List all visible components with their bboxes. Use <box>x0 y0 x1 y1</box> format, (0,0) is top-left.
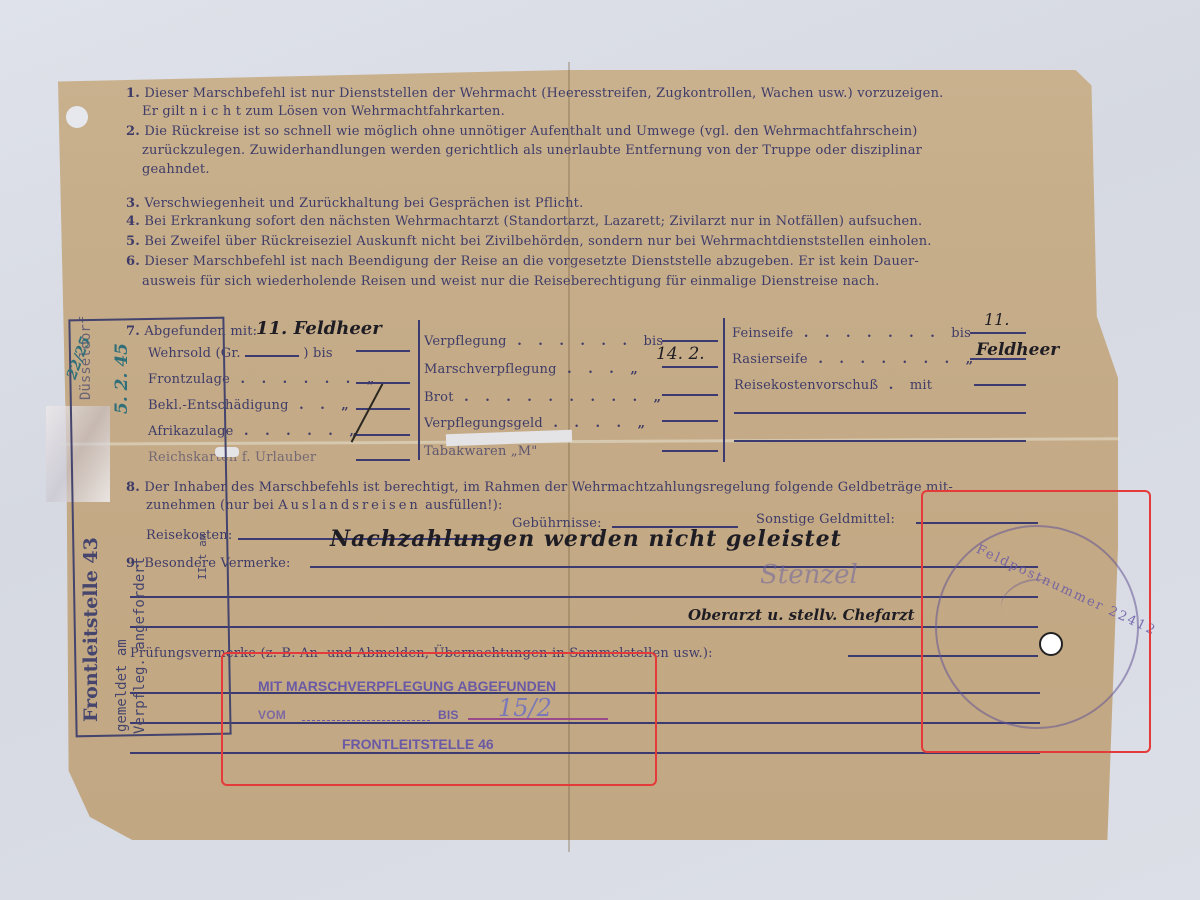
handwritten-abgefunden: 11. Feldheer <box>256 318 382 339</box>
instruction-1-line-2: Er gilt n i c h t zum Lösen von Wehrmach… <box>142 104 505 119</box>
field-reisekostenvorschuss: Reisekostenvorschuß . mit <box>734 378 932 393</box>
instruction-2: 2. Die Rückreise ist so schnell wie mögl… <box>126 124 918 139</box>
stamp-gemeldet: gemeldet am <box>114 639 130 732</box>
verpflegungsgeld-line <box>662 420 718 422</box>
handwritten-stamp-date-2: 5. 2. 45 <box>112 343 132 414</box>
field-brot: Brot . . . . . . . . . „ <box>424 390 667 405</box>
section-8-line-1: 8. Der Inhaber des Marschbefehls ist ber… <box>126 480 953 495</box>
instruction-4: 4. Bei Erkrankung sofort den nächsten We… <box>126 214 922 229</box>
handwritten-signature-title: Oberarzt u. stellv. Chefarzt <box>688 606 915 624</box>
signature-stamp: Stenzel <box>760 560 858 590</box>
reisekostenvorschuss-line <box>974 384 1026 386</box>
marschverpflegung-line <box>662 366 718 368</box>
stamp-line-c: II t am <box>196 534 209 580</box>
vermerke-line-2 <box>130 596 1038 598</box>
col3-blank-line-1 <box>734 412 1026 414</box>
instruction-2-line-2: zurückzulegen. Zuwiderhandlungen werden … <box>142 143 922 158</box>
brot-line <box>662 394 718 396</box>
handwritten-marschverpflegung-date: 14. 2. <box>656 344 705 364</box>
stamp-verpfleg: Verpfleg. angefordert <box>132 557 148 734</box>
instruction-3: 3. Verschwiegenheit und Zurückhaltung be… <box>126 196 583 211</box>
instruction-6-line-2: ausweis für sich wiederholende Reisen un… <box>142 274 879 289</box>
field-verpflegungsgeld: Verpflegungsgeld . . . . „ <box>424 416 651 431</box>
handwritten-vermerk: Nachzahlungen werden nicht geleistet <box>330 526 842 552</box>
column-divider-1 <box>418 320 420 460</box>
col3-blank-line-2 <box>734 440 1026 442</box>
reichskarten-line <box>356 459 410 461</box>
field-feinseife: Feinseife . . . . . . . bis <box>732 326 971 341</box>
bekl-line <box>356 408 410 410</box>
instruction-2-line-3: geahndet. <box>142 162 210 177</box>
vermerke-line-3 <box>130 626 1038 628</box>
instruction-5: 5. Bei Zweifel über Rückreiseziel Auskun… <box>126 234 932 249</box>
cursor-marker-icon <box>1039 632 1063 656</box>
field-marschverpflegung: Marschverpflegung . . . „ <box>424 362 644 377</box>
instruction-6: 6. Dieser Marschbefehl ist nach Beendigu… <box>126 254 919 269</box>
tabakwaren-line <box>662 450 718 452</box>
punch-hole <box>66 106 88 128</box>
highlight-box-stamp <box>221 652 657 786</box>
field-verpflegung: Verpflegung . . . . . . bis <box>424 334 663 349</box>
instruction-1: 1. Dieser Marschbefehl ist nur Dienstste… <box>126 86 943 101</box>
verpflegung-line <box>662 340 718 342</box>
afrika-line <box>356 434 410 436</box>
field-sonstige-geldmittel: Sonstige Geldmittel: <box>756 512 895 527</box>
field-rasierseife: Rasierseife . . . . . . . „ <box>732 352 979 367</box>
handwritten-feinseife: 11. <box>984 310 1009 329</box>
stamp-frontleitstelle-title: Frontleitstelle 43 <box>80 537 102 722</box>
wehrsold-line <box>356 350 410 352</box>
handwritten-rasierseife: Feldheer <box>976 340 1059 360</box>
field-tabakwaren: Tabakwaren „M" <box>424 444 537 459</box>
column-divider-2 <box>723 318 725 462</box>
highlight-box-round-stamp <box>921 490 1151 753</box>
feinseife-line <box>970 332 1026 334</box>
rasierseife-line <box>970 358 1026 360</box>
